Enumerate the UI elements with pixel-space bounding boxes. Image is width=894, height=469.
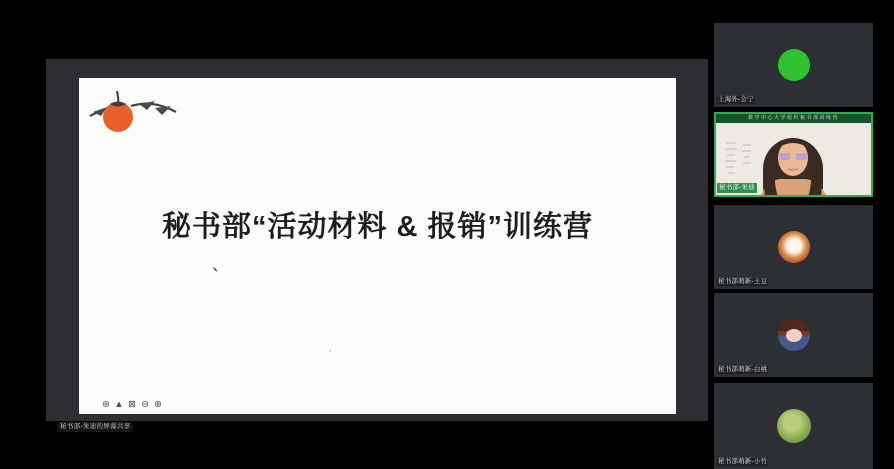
meeting-window: 秘书部“活动材料 & 报销”训练营 、 ‚ ⊛ ▲ ⊠ ⊖ ⊕ 秘书部-朱迪的屏…	[0, 0, 894, 469]
participant-tile[interactable]: 上海外-会宁	[714, 23, 873, 107]
slide-stray-mark: 、	[212, 250, 229, 275]
slide-smudge-mark: ‚	[329, 340, 332, 354]
cartoon-girl-avatar	[778, 319, 810, 351]
green-grass-avatar	[777, 409, 811, 443]
participant-tile[interactable]: 秘书部萌新-小竹	[714, 383, 873, 469]
participant-name-label: 秘书部萌新-土豆	[717, 278, 768, 286]
participant-sidebar: 上海外-会宁 教学中心大学组织秘书部训练营	[714, 0, 873, 469]
participant-tile[interactable]: 秘书部萌新-白桃	[714, 293, 873, 377]
pointer-tool-icon[interactable]: ▲	[114, 400, 124, 410]
zoom-out-icon[interactable]: ⊖	[140, 400, 150, 410]
participant-name-label: 秘书部萌新-白桃	[717, 366, 768, 374]
previous-slide-icon[interactable]: ⊛	[101, 400, 111, 410]
presentation-toolbar: ⊛ ▲ ⊠ ⊖ ⊕	[101, 400, 163, 410]
participant-tile-active-speaker[interactable]: 教学中心大学组织秘书部训练营	[714, 112, 873, 197]
screen-share-region: 秘书部“活动材料 & 报销”训练营 、 ‚ ⊛ ▲ ⊠ ⊖ ⊕	[46, 59, 708, 421]
slides-overview-icon[interactable]: ⊠	[127, 400, 137, 410]
presenter-share-label: 秘书部-朱迪的屏幕共享	[57, 422, 133, 432]
video-banner-text: 教学中心大学组织秘书部训练营	[716, 114, 871, 123]
presentation-slide: 秘书部“活动材料 & 报销”训练营 、 ‚ ⊛ ▲ ⊠ ⊖ ⊕	[79, 78, 676, 414]
green-dot-avatar	[778, 49, 810, 81]
participant-tile[interactable]: 秘书部萌新-土豆	[714, 205, 873, 289]
persimmon-logo	[87, 84, 179, 142]
zoom-in-icon[interactable]: ⊕	[153, 400, 163, 410]
participant-name-label: 秘书部-朱迪	[717, 183, 757, 193]
orange-cat-avatar	[778, 231, 810, 263]
slide-title: 秘书部“活动材料 & 报销”训练营	[79, 204, 676, 245]
participant-name-label: 上海外-会宁	[717, 96, 755, 104]
participant-name-label: 秘书部萌新-小竹	[717, 458, 768, 466]
